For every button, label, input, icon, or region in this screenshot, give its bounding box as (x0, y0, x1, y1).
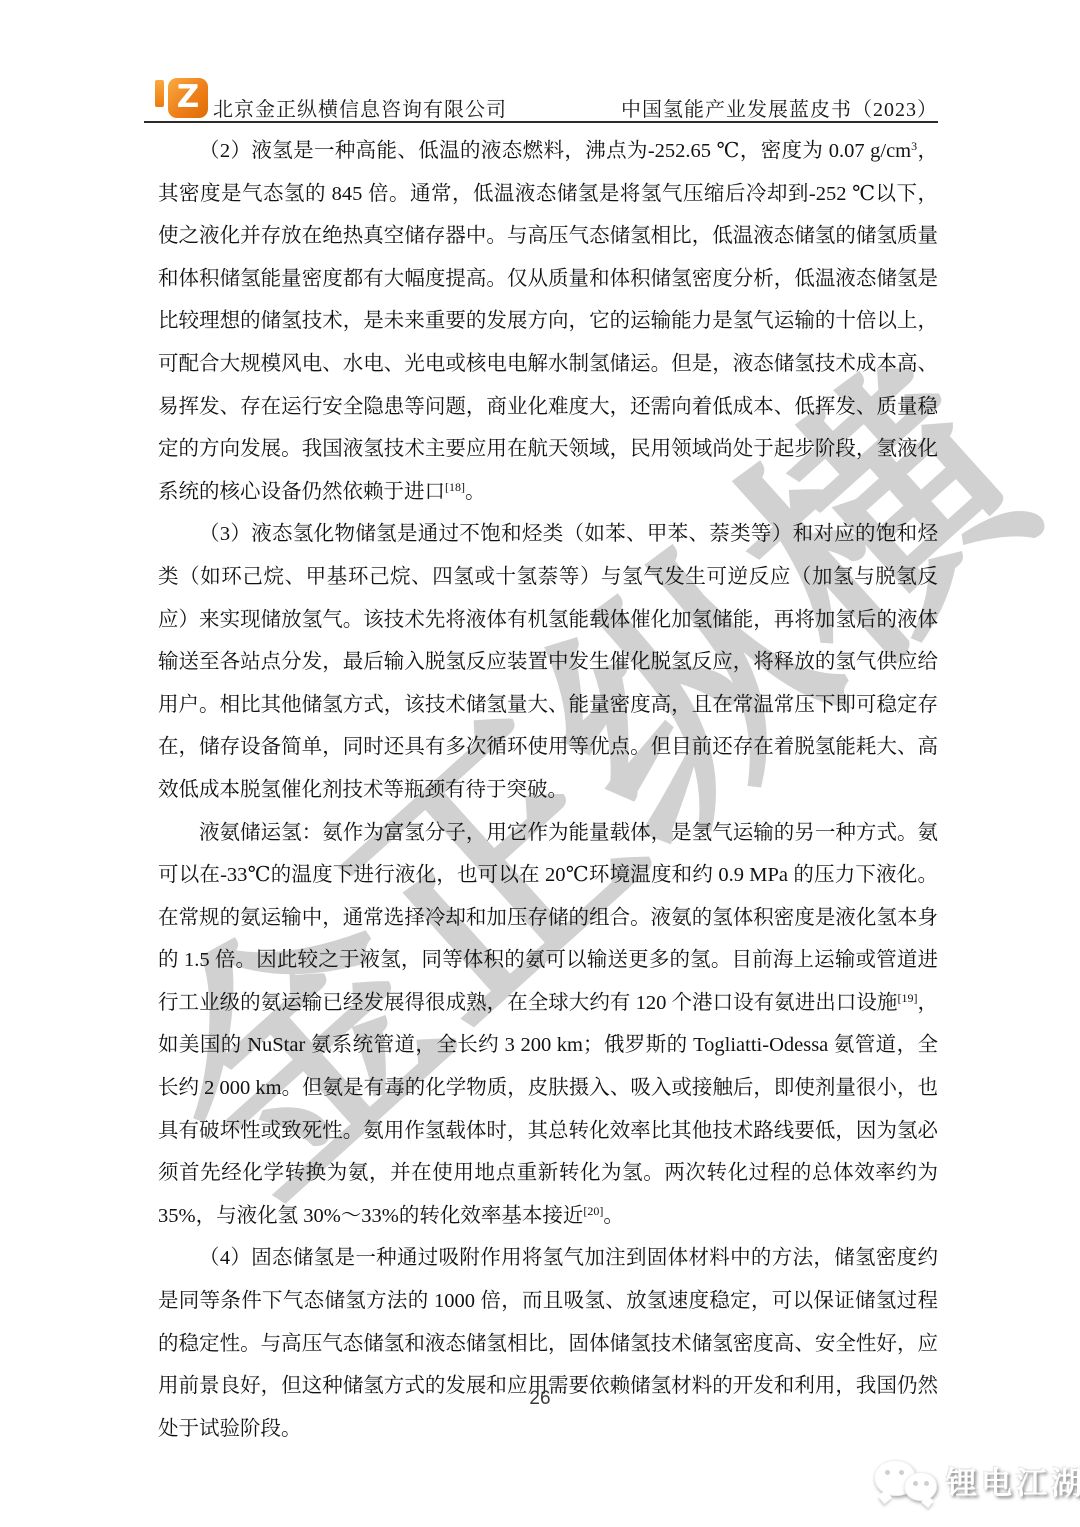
source-stamp: 锂电江湖 (872, 1458, 1080, 1510)
chat-bubble-small (904, 1472, 937, 1501)
logo-z-glyph: Z (177, 82, 199, 113)
text-run: ，其密度是气态氢的 845 倍。通常，低温液态储氢是将氢气压缩后冷却到-252 … (158, 140, 938, 503)
superscript-reference: [19] (897, 991, 917, 1005)
paragraph: （2）液氢是一种高能、低温的液态燃料，沸点为-252.65 ℃，密度为 0.07… (158, 130, 938, 513)
superscript-reference: [18] (445, 480, 465, 494)
text-run: ，如美国的 NuStar 氨系统管道，全长约 3 200 km；俄罗斯的 Tog… (158, 992, 938, 1227)
paragraph: （3）液态氢化物储氢是通过不饱和烃类（如苯、甲苯、萘类等）和对应的饱和烃类（如环… (158, 513, 938, 811)
page-number: 26 (0, 1388, 1080, 1410)
text-run: 。 (465, 481, 486, 503)
logo-square-shape: Z (168, 78, 208, 118)
header-divider (144, 121, 938, 123)
superscript-reference: [20] (583, 1204, 603, 1218)
bubble-eye (899, 1470, 904, 1475)
text-run: （4）固态储氢是一种通过吸附作用将氢气加注到固体材料中的方法，储氢密度约是同等条… (158, 1247, 938, 1439)
text-run: 。 (603, 1205, 624, 1227)
logo-bar-shape (155, 80, 164, 107)
company-logo: Z (153, 75, 207, 120)
header-document-title: 中国氢能产业发展蓝皮书（2023） (621, 93, 938, 122)
stamp-text: 锂电江湖 (946, 1458, 1080, 1510)
paragraph: 液氨储运氢：氨作为富氢分子，用它作为能量载体，是氢气运输的另一种方式。氨可以在-… (158, 812, 938, 1238)
wechat-icon (872, 1458, 940, 1510)
paragraph: （4）固态储氢是一种通过吸附作用将氢气加注到固体材料中的方法，储氢密度约是同等条… (158, 1237, 938, 1450)
text-run: 液氨储运氢：氨作为富氢分子，用它作为能量载体，是氢气运输的另一种方式。氨可以在-… (158, 822, 938, 1014)
bubble-eye (913, 1481, 918, 1486)
text-run: （2）液氢是一种高能、低温的液态燃料，沸点为-252.65 ℃，密度为 0.07… (199, 140, 911, 162)
document-body: （2）液氢是一种高能、低温的液态燃料，沸点为-252.65 ℃，密度为 0.07… (158, 130, 938, 1450)
document-page: 金正纵横 Z 北京金正纵横信息咨询有限公司 中国氢能产业发展蓝皮书（2023） … (0, 0, 1080, 1527)
text-run: （3）液态氢化物储氢是通过不饱和烃类（如苯、甲苯、萘类等）和对应的饱和烃类（如环… (158, 523, 938, 801)
page-header: Z 北京金正纵横信息咨询有限公司 中国氢能产业发展蓝皮书（2023） (0, 0, 1080, 130)
bubble-eye (885, 1470, 890, 1475)
header-company-name: 北京金正纵横信息咨询有限公司 (213, 93, 507, 122)
bubble-eye (924, 1481, 929, 1486)
